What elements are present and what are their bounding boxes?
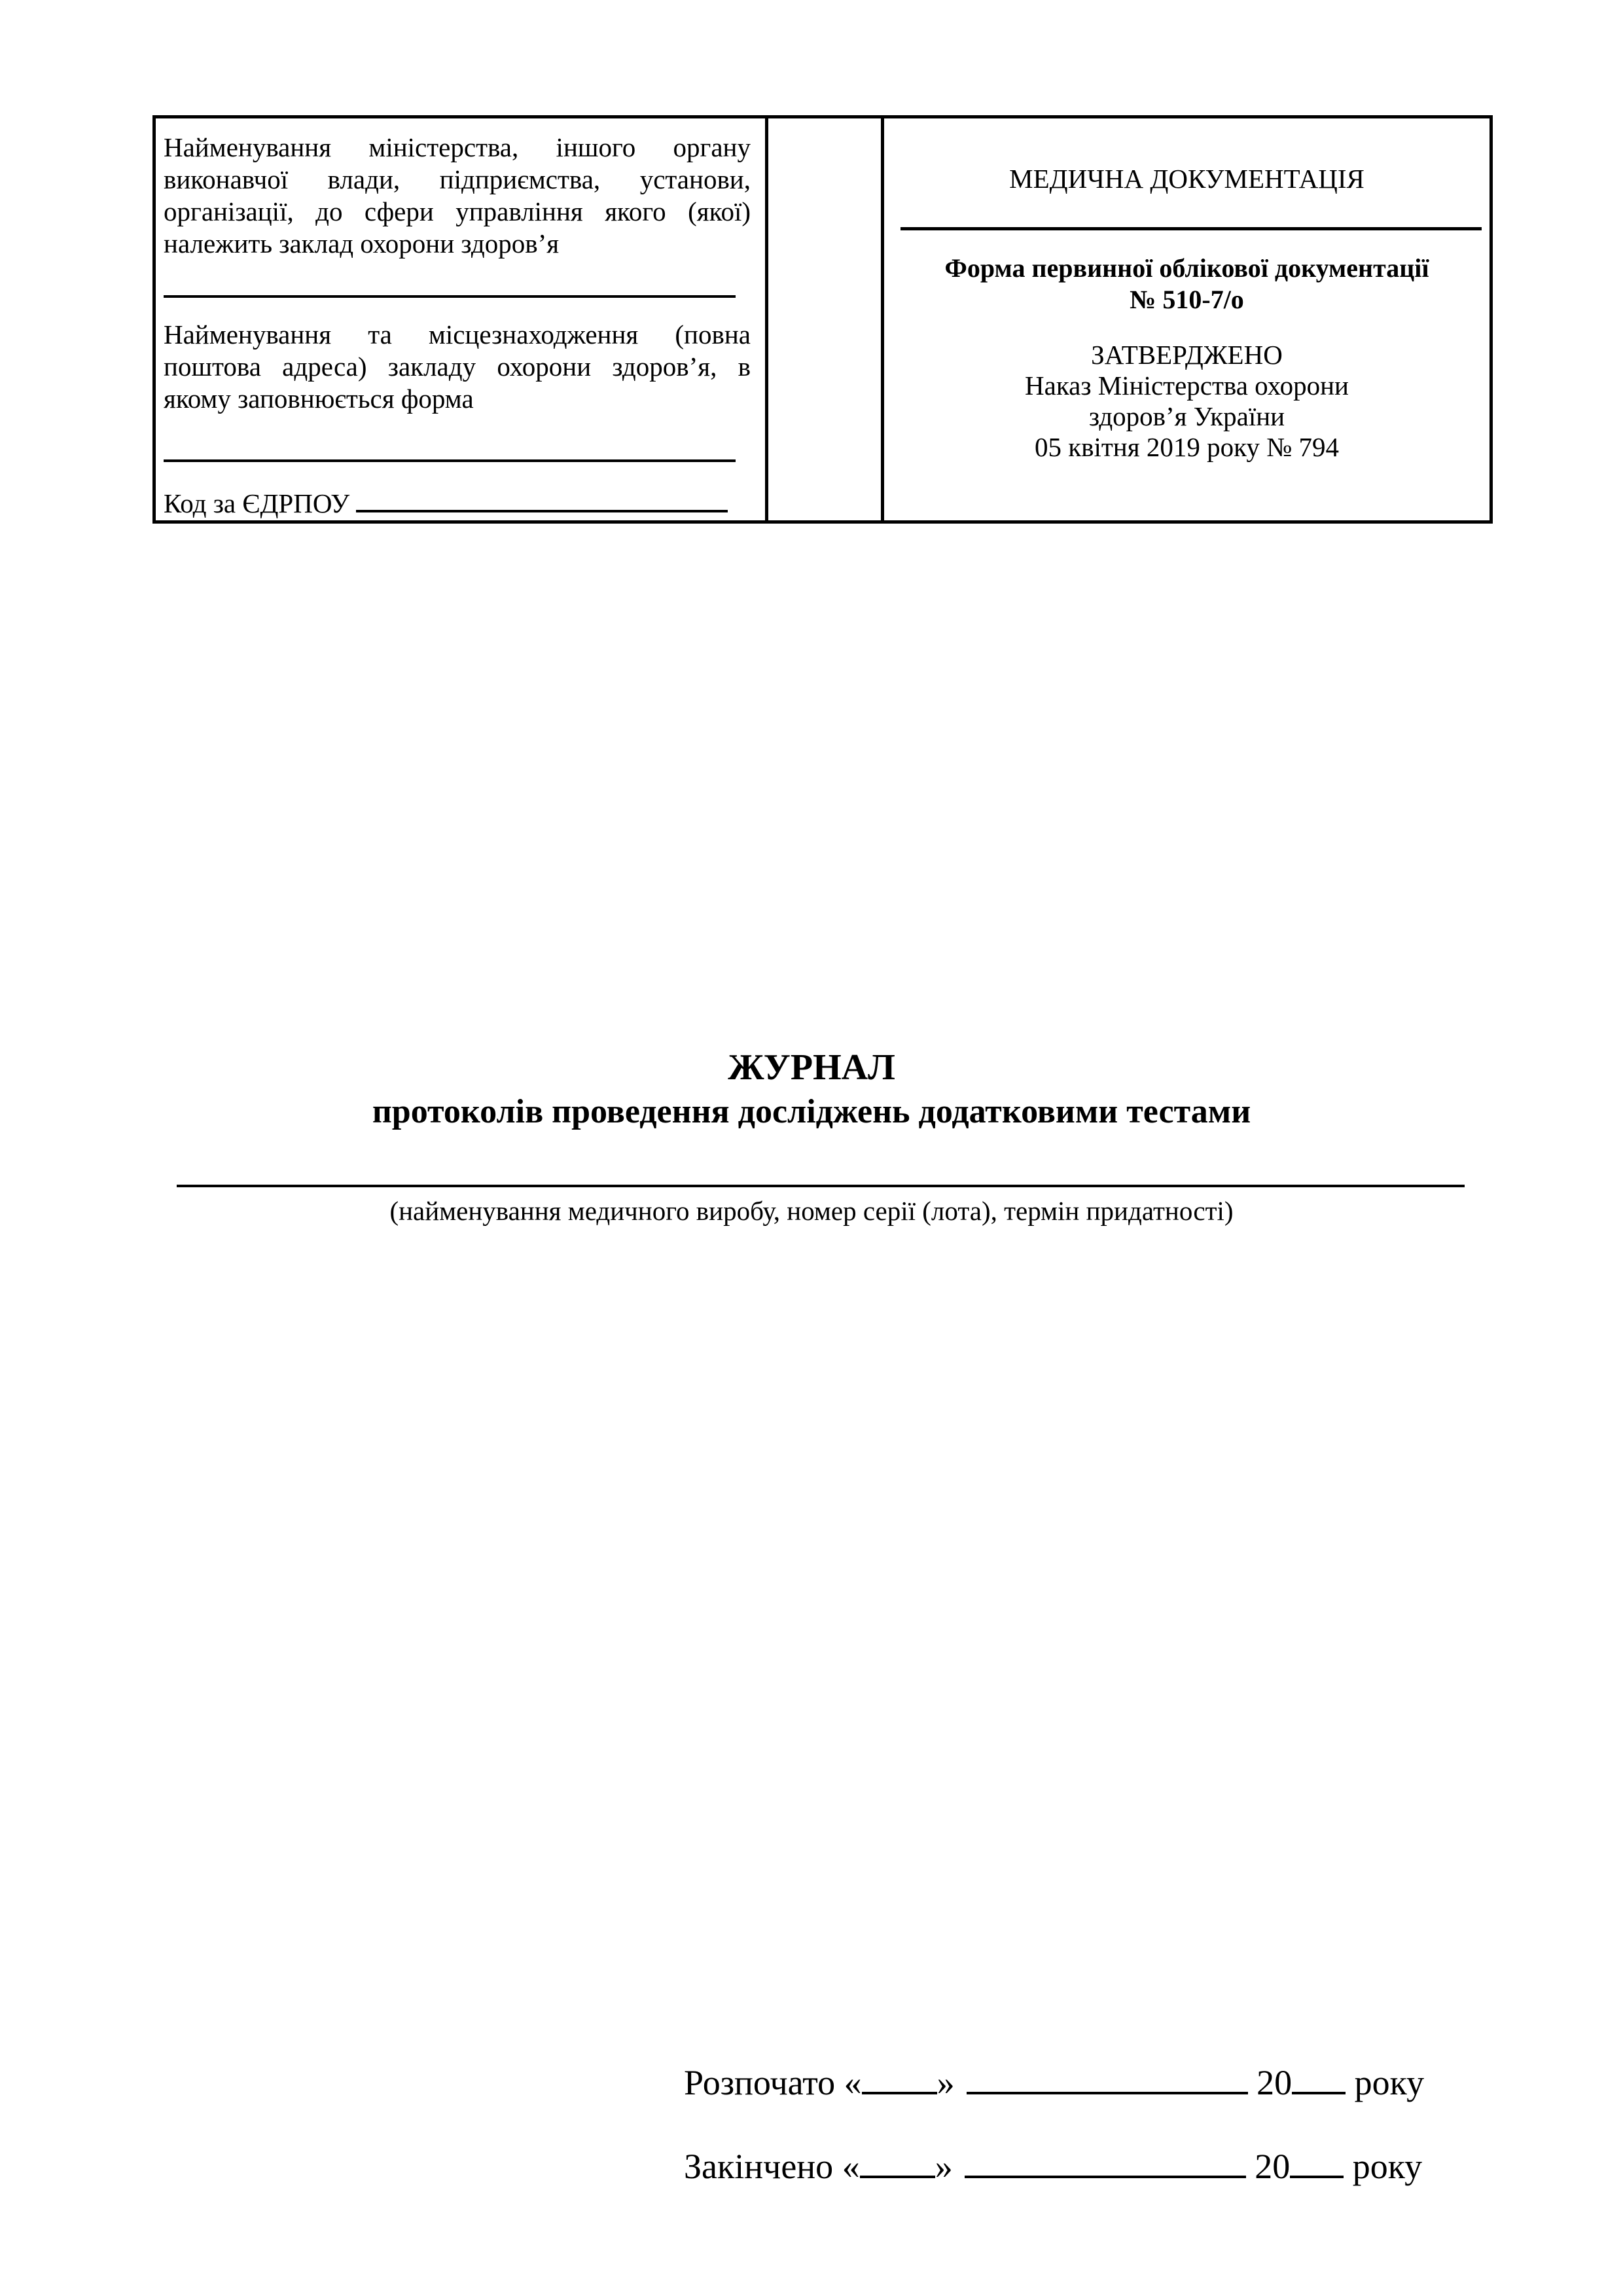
finished-day-field[interactable] <box>860 2147 935 2178</box>
facility-fill-line[interactable] <box>164 459 736 462</box>
ministry-fill-line[interactable] <box>164 295 736 298</box>
close-quote: » <box>935 2147 953 2186</box>
header-right-column: МЕДИЧНА ДОКУМЕНТАЦІЯ Форма первинної обл… <box>884 118 1489 520</box>
ministry-label: Найменування міністерства, іншого органу… <box>164 132 751 260</box>
form-title: Форма первинної облікової документації №… <box>884 253 1489 315</box>
product-fill-line[interactable] <box>177 1185 1465 1187</box>
header-middle-column <box>768 118 884 520</box>
facility-label: Найменування та місцезнаходження (повна … <box>164 319 751 415</box>
close-quote: » <box>937 2063 955 2102</box>
year-suffix: року <box>1353 2147 1422 2186</box>
year-prefix: 20 <box>1255 2147 1290 2186</box>
started-label: Розпочато <box>684 2063 835 2102</box>
year-suffix: року <box>1355 2063 1424 2102</box>
right-divider <box>901 227 1482 230</box>
order-line-1: Наказ Міністерства охорони <box>884 370 1489 401</box>
year-prefix: 20 <box>1257 2063 1292 2102</box>
header-table: Найменування міністерства, іншого органу… <box>152 115 1493 524</box>
finished-date-row: Закінчено «» 20 року <box>684 2145 1422 2187</box>
product-caption: (найменування медичного виробу, номер се… <box>0 1195 1623 1227</box>
order-line-2: здоров’я України <box>884 401 1489 432</box>
started-year-field[interactable] <box>1292 2063 1346 2094</box>
finished-month-field[interactable] <box>965 2147 1246 2178</box>
form-number: № 510-7/о <box>884 284 1489 315</box>
header-left-column: Найменування міністерства, іншого органу… <box>156 118 768 520</box>
form-title-line1: Форма первинної облікової документації <box>884 253 1489 284</box>
started-day-field[interactable] <box>862 2063 937 2094</box>
finished-label: Закінчено <box>684 2147 833 2186</box>
edrpou-label: Код за ЄДРПОУ <box>164 488 349 518</box>
edrpou-row: Код за ЄДРПОУ <box>164 485 728 520</box>
started-date-row: Розпочато «» 20 року <box>684 2062 1424 2104</box>
approval-block: ЗАТВЕРДЖЕНО Наказ Міністерства охорони з… <box>884 340 1489 463</box>
order-line-3: 05 квітня 2019 року № 794 <box>884 432 1489 463</box>
journal-subtitle: протоколів проведення досліджень додатко… <box>0 1092 1623 1132</box>
open-quote: « <box>842 2147 860 2186</box>
edrpou-fill-line[interactable] <box>356 485 728 512</box>
open-quote: « <box>844 2063 862 2102</box>
finished-year-field[interactable] <box>1290 2147 1344 2178</box>
approved-label: ЗАТВЕРДЖЕНО <box>884 340 1489 370</box>
journal-title: ЖУРНАЛ <box>0 1046 1623 1089</box>
started-month-field[interactable] <box>967 2063 1248 2094</box>
category-label: МЕДИЧНА ДОКУМЕНТАЦІЯ <box>884 163 1489 195</box>
